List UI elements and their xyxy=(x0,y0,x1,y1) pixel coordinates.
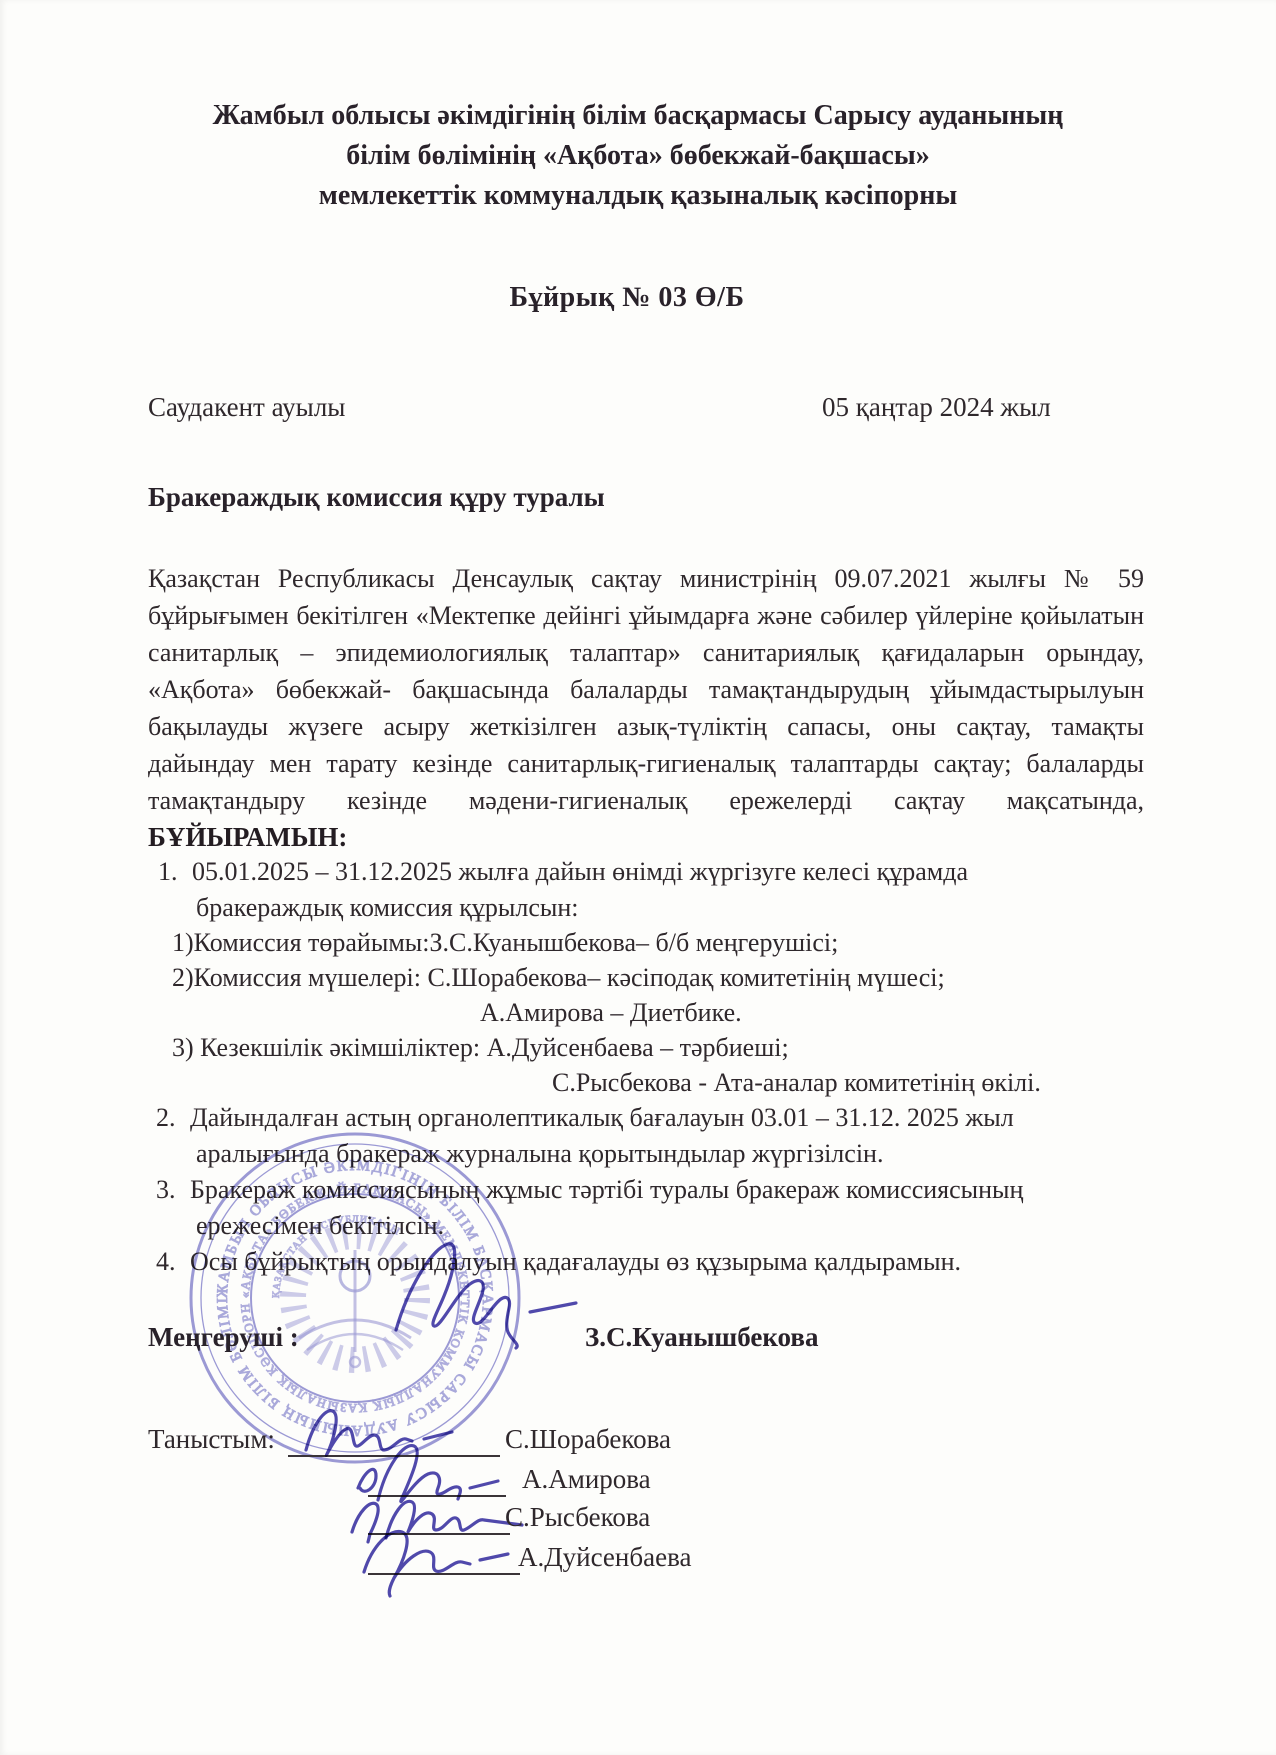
item-1-sub-3: А.Амирова – Диетбике. xyxy=(480,998,742,1028)
order-place: Саудакент ауылы xyxy=(148,392,345,423)
signature-line-4 xyxy=(368,1573,520,1575)
item-3-line-2: ережесімен бекітілсін. xyxy=(196,1211,444,1241)
item-4-line-1: 4.Осы бұйрықтың орындалуын қадағалауды ө… xyxy=(156,1247,961,1277)
ack-name-rysbekova: С.Рысбекова xyxy=(505,1502,650,1533)
item-1-sub-4: 3) Кезекшілік әкімшіліктер: А.Дуйсенбаев… xyxy=(172,1033,789,1063)
ack-name-amirova: А.Амирова xyxy=(522,1464,651,1495)
item-3-text: Бракераж комиссиясының жұмыс тәртібі тур… xyxy=(190,1175,1023,1204)
ack-name-duisenbaeva: А.Дуйсенбаева xyxy=(518,1542,691,1573)
order-preamble: Қазақстан Республикасы Денсаулық сақтау … xyxy=(148,560,1144,856)
order-date: 05 қаңтар 2024 жыл xyxy=(822,392,1051,423)
preamble-resolution-word: БҰЙЫРАМЫН: xyxy=(148,822,347,852)
ack-name-shorabekova: С.Шорабекова xyxy=(505,1424,671,1455)
order-title: Бұйрық № 03 Ө/Б xyxy=(142,282,1112,314)
stamp-outer-ring-text: ЖАМБЫЛ ОБЛЫСЫ ӘКІМДІГІНІҢ БІЛІМ БАСҚАРМА… xyxy=(183,1126,495,1438)
scanned-order-document: Жамбыл облысы әкімдігінің білім басқарма… xyxy=(0,0,1276,1755)
item-2-line-1: 2.Дайындалған астың органолептикалық бағ… xyxy=(156,1103,1014,1133)
org-name-line2: білім бөлімінің «Ақбота» бөбекжай-бақшас… xyxy=(142,136,1134,176)
item-1-sub-2: 2)Комиссия мүшелері: С.Шорабекова– кәсіп… xyxy=(172,963,945,993)
item-3-number: 3. xyxy=(156,1175,190,1205)
signature-line-3 xyxy=(368,1533,510,1535)
item-2-line-2: аралығында бракераж журналына қорытындыл… xyxy=(196,1139,883,1169)
manager-name: З.С.Куанышбекова xyxy=(585,1322,818,1353)
item-4-text: Осы бұйрықтың орындалуын қадағалауды өз … xyxy=(190,1247,961,1276)
item-3-line-1: 3.Бракераж комиссиясының жұмыс тәртібі т… xyxy=(156,1175,1023,1205)
item-4-number: 4. xyxy=(156,1247,190,1277)
item-1-line-2: бракераждық комиссия құрылсын: xyxy=(196,893,578,923)
item-2-number: 2. xyxy=(156,1103,190,1133)
item-2-text: Дайындалған астың органолептикалық бағал… xyxy=(190,1103,1014,1132)
org-header: Жамбыл облысы әкімдігінің білім басқарма… xyxy=(142,96,1134,216)
org-name-line3: мемлекеттік коммуналдық қазыналық кәсіпо… xyxy=(142,176,1134,216)
item-1-sub-5: С.Рысбекова - Ата-аналар комитетінің өкі… xyxy=(552,1068,1041,1098)
preamble-text: Қазақстан Республикасы Денсаулық сақтау … xyxy=(148,564,1144,815)
item-1-line-1: 1.05.01.2025 – 31.12.2025 жылға дайын өн… xyxy=(158,857,968,887)
manager-label: Меңгеруші : xyxy=(148,1322,299,1353)
item-1-text: 05.01.2025 – 31.12.2025 жылға дайын өнім… xyxy=(192,857,968,886)
order-subject: Бракераждық комиссия құру туралы xyxy=(148,482,605,513)
org-name-line1: Жамбыл облысы әкімдігінің білім басқарма… xyxy=(142,96,1134,136)
acknowledged-label: Таныстым: xyxy=(148,1424,275,1455)
signature-shorabekova xyxy=(292,1398,492,1468)
item-1-sub-1: 1)Комиссия төрайымы:З.С.Куанышбекова– б/… xyxy=(172,928,838,958)
signature-line-1 xyxy=(288,1455,500,1457)
signature-line-2 xyxy=(368,1495,506,1497)
item-1-number: 1. xyxy=(158,857,192,887)
